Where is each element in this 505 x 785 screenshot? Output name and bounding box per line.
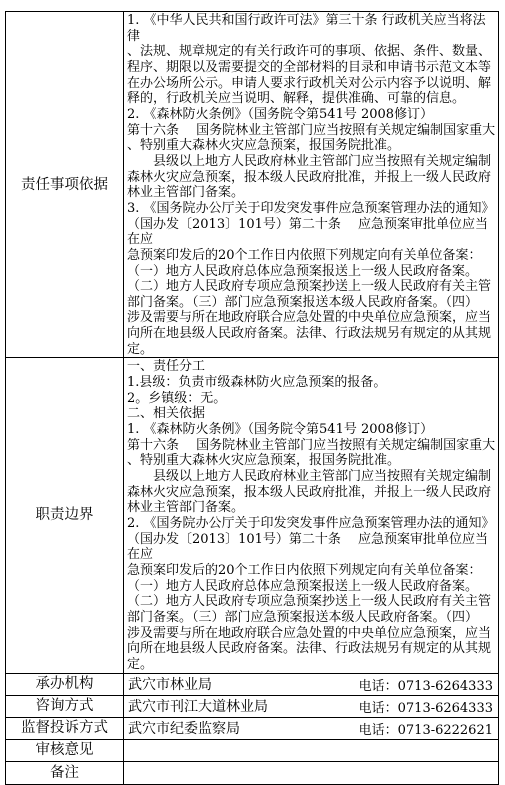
table-row-responsibility-basis: 责任事项依据 1. 《中华人民共和国行政许可法》第三十条 行政机关应当将法律 、… [6, 12, 499, 358]
table-row-remarks: 备注 [6, 761, 499, 784]
label-review-opinion: 审核意见 [6, 739, 124, 761]
responsibility-basis-text: 1. 《中华人民共和国行政许可法》第三十条 行政机关应当将法律 、法规、规章规定… [124, 12, 498, 357]
duty-boundary-text: 一、责任分工 1.县级：负责市级森林防火应急预案的报备。 2。乡镇级：无。 二、… [124, 358, 498, 672]
supervision-complaint-value: 武穴市纪委监察局 [128, 718, 240, 738]
table-row-duty-boundary: 职责边界 一、责任分工 1.县级：负责市级森林防火应急预案的报备。 2。乡镇级：… [6, 358, 499, 673]
table-row-consultation-method: 咨询方式 武穴市刊江大道林业局 电话：0713-6264333 [6, 695, 499, 717]
consultation-method-value: 武穴市刊江大道林业局 [128, 696, 268, 716]
supervision-complaint-phone: 电话：0713-6222621 [359, 719, 493, 738]
responsibility-table: 责任事项依据 1. 《中华人民共和国行政许可法》第三十条 行政机关应当将法律 、… [5, 11, 499, 785]
table-row-undertaking-agency: 承办机构 武穴市林业局 电话：0713-6264333 [6, 673, 499, 695]
consultation-method-phone: 电话：0713-6264333 [359, 697, 493, 716]
undertaking-agency-value: 武穴市林业局 [128, 674, 212, 694]
label-duty-boundary: 职责边界 [6, 358, 124, 673]
label-consultation-method: 咨询方式 [6, 695, 124, 717]
label-undertaking-agency: 承办机构 [6, 673, 124, 695]
label-responsibility-basis: 责任事项依据 [6, 12, 124, 358]
table-row-review-opinion: 审核意见 [6, 739, 499, 761]
undertaking-agency-phone: 电话：0713-6264333 [359, 675, 493, 694]
label-remarks: 备注 [6, 761, 124, 784]
